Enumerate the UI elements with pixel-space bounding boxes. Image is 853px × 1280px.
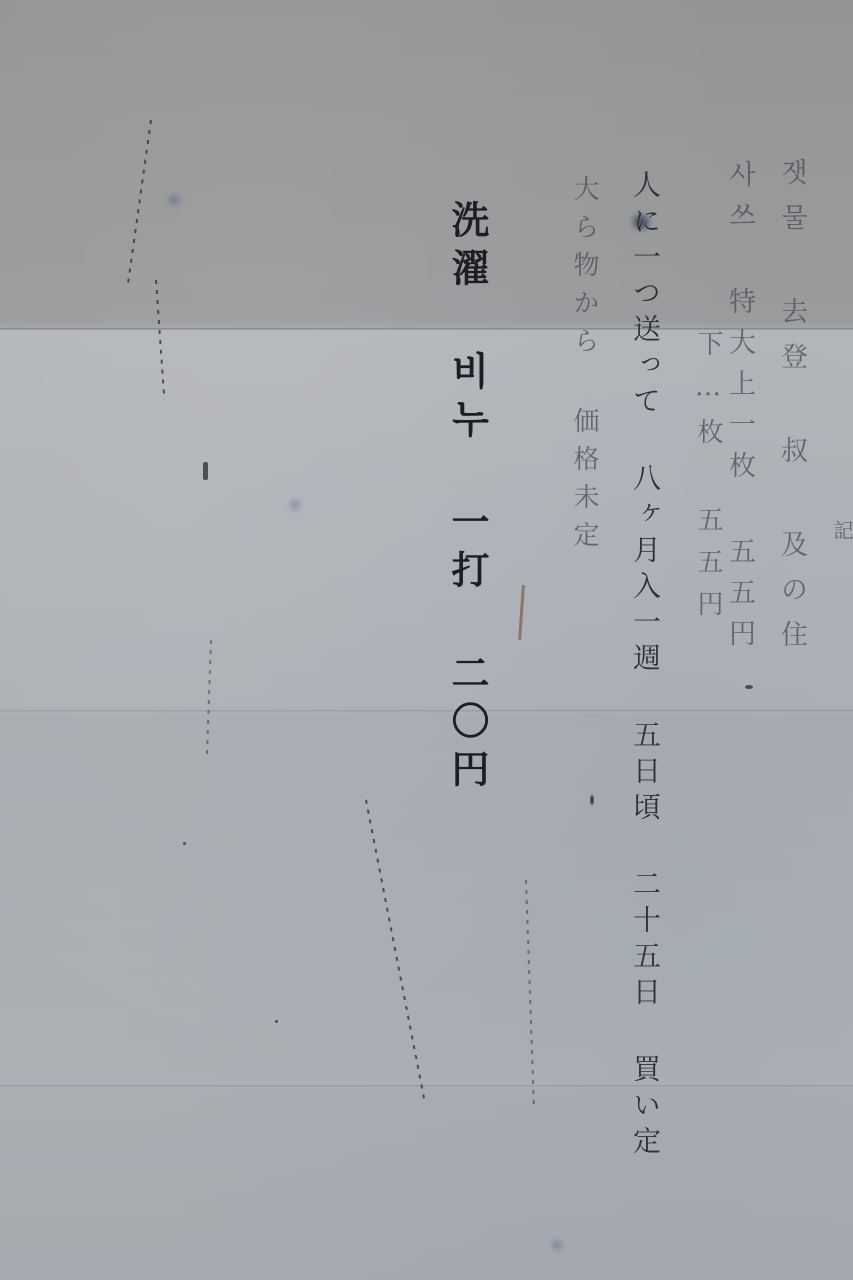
brown-stain-mark	[518, 585, 525, 640]
text-column-1: 記	[828, 520, 853, 546]
ink-stain	[290, 500, 300, 510]
ink-speck	[590, 795, 594, 805]
ink-speck	[745, 685, 753, 689]
text-column-2: 잿물 去登 叔 及の住	[772, 158, 811, 665]
paper-crack	[206, 640, 212, 760]
text-column-4: 下…枚 五五円	[690, 330, 727, 632]
ink-stain	[552, 1240, 562, 1250]
lower-fold-panel	[0, 1085, 853, 1280]
ink-speck	[275, 1020, 278, 1023]
paper-crack	[525, 880, 535, 1110]
text-column-5: 人に一つ送って 八ヶ月入一週 五日頃 二十五日 買い定	[625, 170, 665, 1162]
ink-stain	[168, 195, 180, 205]
text-column-6: 大ら物から 価格未定	[566, 175, 603, 559]
paper-crack	[365, 800, 426, 1105]
text-column-7: 洗濯 비누 一打 二〇円	[440, 200, 495, 797]
document-page: 記 잿물 去登 叔 及の住 사쓰 特大上一枚 五五円 下…枚 五五円 人に一つ送…	[0, 0, 853, 1280]
ink-speck	[203, 462, 208, 480]
fold-crease-3	[0, 1085, 853, 1088]
fold-crease-2	[0, 710, 853, 713]
ink-speck	[183, 842, 186, 845]
